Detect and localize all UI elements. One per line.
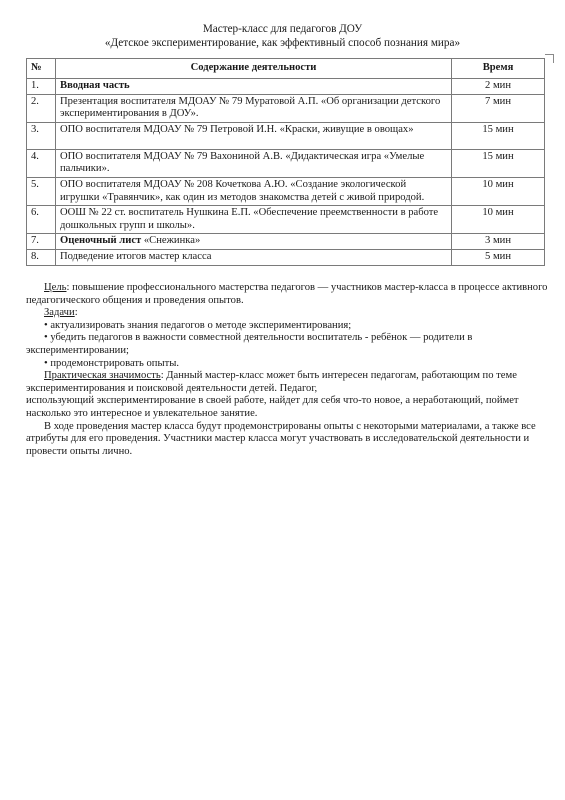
row-number: 5.	[27, 177, 56, 205]
row-time: 7 мин	[452, 94, 545, 122]
row-content-text: ОПО воспитателя МДОАУ № 79 Вахониной А.В…	[60, 151, 424, 175]
row-content: ОПО воспитателя МДОАУ № 79 Вахониной А.В…	[56, 149, 452, 177]
row-number: 8.	[27, 249, 56, 265]
table-row: 6.ООШ № 22 ст. воспитатель Нушкина Е.П. …	[27, 206, 545, 234]
document-title: Мастер-класс для педагогов ДОУ «Детское …	[0, 22, 565, 50]
title-line-1: Мастер-класс для педагогов ДОУ	[0, 22, 565, 36]
table-row: 2.Презентация воспитателя МДОАУ № 79 Мур…	[27, 94, 545, 122]
task-item: • убедить педагогов в важности совместно…	[26, 332, 548, 357]
row-time: 10 мин	[452, 177, 545, 205]
row-time: 15 мин	[452, 122, 545, 149]
row-number: 4.	[27, 149, 56, 177]
row-content: Презентация воспитателя МДОАУ № 79 Мурат…	[56, 94, 452, 122]
row-time: 5 мин	[452, 249, 545, 265]
table-row: 4.ОПО воспитателя МДОАУ № 79 Вахониной А…	[27, 149, 545, 177]
task-item: • актуализировать знания педагогов о мет…	[26, 320, 548, 333]
description: Цель: повышение профессионального мастер…	[26, 282, 548, 458]
row-content-text: ООШ № 22 ст. воспитатель Нушкина Е.П. «О…	[60, 207, 438, 231]
row-content-bold: Вводная часть	[60, 80, 130, 91]
table-corner-mark	[545, 54, 554, 63]
row-content-text: ОПО воспитателя МДОАУ № 79 Петровой И.Н.…	[60, 124, 414, 135]
row-time: 3 мин	[452, 234, 545, 250]
row-content-text: Подведение итогов мастер класса	[60, 251, 211, 262]
table-row: 1.Вводная часть2 мин	[27, 79, 545, 95]
goal-paragraph: Цель: повышение профессионального мастер…	[26, 282, 548, 307]
header-num: №	[27, 59, 56, 79]
goal-label: Цель	[44, 282, 66, 293]
row-content-text: «Снежинка»	[141, 235, 200, 246]
table-row: 8.Подведение итогов мастер класса5 мин	[27, 249, 545, 265]
row-number: 3.	[27, 122, 56, 149]
row-content: ООШ № 22 ст. воспитатель Нушкина Е.П. «О…	[56, 206, 452, 234]
row-number: 2.	[27, 94, 56, 122]
row-number: 1.	[27, 79, 56, 95]
closing-paragraph: В ходе проведения мастер класса будут пр…	[26, 421, 548, 459]
tasks-label: Задачи	[44, 307, 75, 318]
row-content: Подведение итогов мастер класса	[56, 249, 452, 265]
table-header-row: № Содержание деятельности Время	[27, 59, 545, 79]
row-content-bold: Оценочный лист	[60, 235, 141, 246]
header-content: Содержание деятельности	[56, 59, 452, 79]
goal-text: : повышение профессионального мастерства…	[26, 282, 547, 306]
task-item: • продемонстрировать опыты.	[26, 358, 548, 371]
row-content: ОПО воспитателя МДОАУ № 79 Петровой И.Н.…	[56, 122, 452, 149]
row-content-text: ОПО воспитателя МДОАУ № 208 Кочеткова А.…	[60, 179, 424, 203]
header-time: Время	[452, 59, 545, 79]
row-number: 7.	[27, 234, 56, 250]
practical-label: Практическая значимость	[44, 370, 161, 381]
table-row: 7.Оценочный лист «Снежинка»3 мин	[27, 234, 545, 250]
row-content-text: Презентация воспитателя МДОАУ № 79 Мурат…	[60, 96, 440, 120]
row-content: ОПО воспитателя МДОАУ № 208 Кочеткова А.…	[56, 177, 452, 205]
row-number: 6.	[27, 206, 56, 234]
schedule-table: № Содержание деятельности Время 1.Вводна…	[26, 58, 545, 266]
table-row: 3.ОПО воспитателя МДОАУ № 79 Петровой И.…	[27, 122, 545, 149]
practical-paragraph-cont: использующий экспериментирование в своей…	[26, 395, 548, 420]
row-time: 2 мин	[452, 79, 545, 95]
title-line-2: «Детское экспериментирование, как эффект…	[0, 36, 565, 50]
table-row: 5.ОПО воспитателя МДОАУ № 208 Кочеткова …	[27, 177, 545, 205]
practical-paragraph: Практическая значимость: Данный мастер-к…	[26, 370, 548, 395]
row-content: Оценочный лист «Снежинка»	[56, 234, 452, 250]
tasks-heading: Задачи:	[26, 307, 548, 320]
row-time: 10 мин	[452, 206, 545, 234]
row-time: 15 мин	[452, 149, 545, 177]
row-content: Вводная часть	[56, 79, 452, 95]
